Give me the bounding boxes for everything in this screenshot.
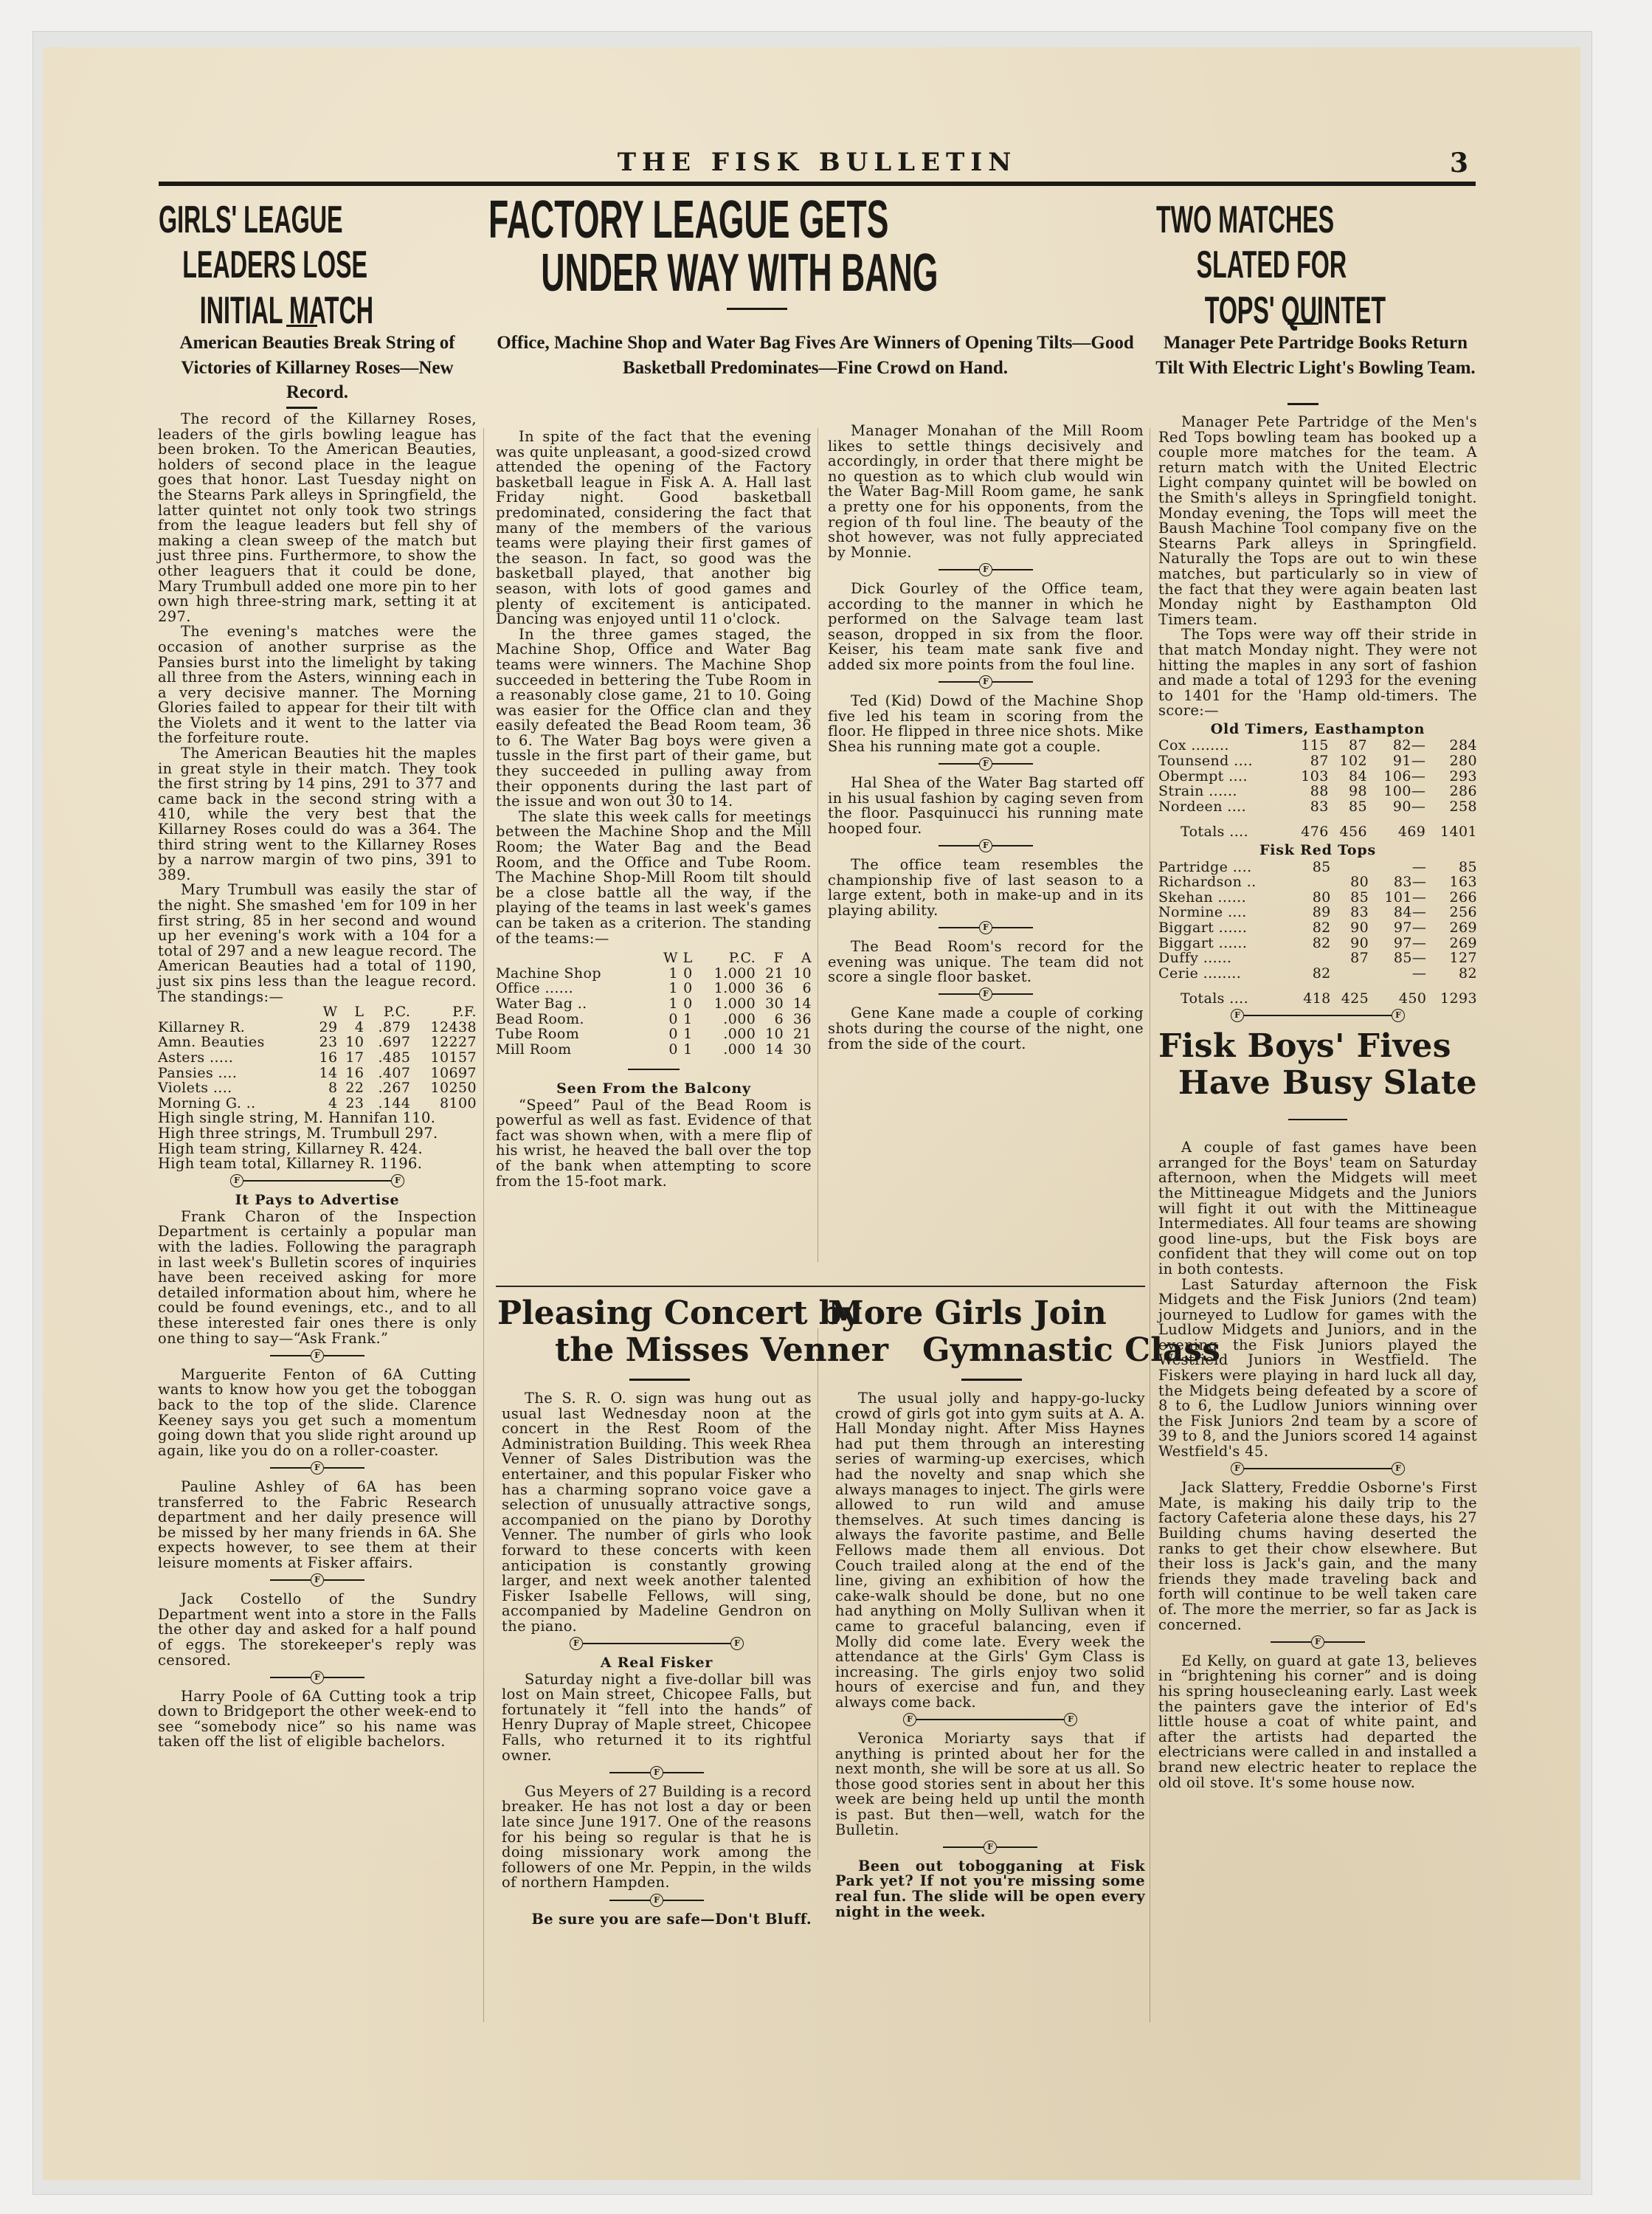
- table-cell: Biggart ......: [1158, 920, 1293, 936]
- table-cell: 0: [656, 1027, 678, 1042]
- table-cell: .407: [364, 1066, 410, 1081]
- separator-line: [270, 1677, 311, 1678]
- table-cell: 88: [1290, 784, 1328, 799]
- page-number: 3: [1450, 148, 1468, 179]
- table-row: Killarney R.294.87912438: [158, 1020, 477, 1035]
- table-row: Morning G. ..423.1448100: [158, 1096, 477, 1111]
- news-item: Pauline Ashley of 6A has been transferre…: [158, 1480, 477, 1571]
- gymnastic-headline: More Girls Join Gymnastic Class: [828, 1297, 1220, 1367]
- table-cell: 29: [311, 1020, 338, 1035]
- girls-league-items: Frank Charon of the Inspection Departmen…: [158, 1210, 477, 1750]
- girls-standings-table: WLP.C.P.F.Killarney R.294.87912438Amn. B…: [158, 1004, 477, 1111]
- headline-dash: [727, 308, 787, 310]
- column-header: P.F.: [410, 1004, 477, 1020]
- article-paragraph: The Tops were way off their stride in th…: [1158, 627, 1477, 719]
- table-cell: 0: [656, 1042, 678, 1058]
- table-row: Biggart ......829097—269: [1158, 920, 1477, 936]
- separator-line: [939, 681, 979, 683]
- table-cell: .879: [364, 1020, 410, 1035]
- headline-dash: [961, 1379, 1022, 1381]
- table-cell: [1331, 860, 1369, 875]
- table-cell: 12438: [410, 1020, 477, 1035]
- f-separator: F: [828, 675, 1144, 690]
- table-cell: 6: [756, 1012, 784, 1027]
- boys-fives-headline: Fisk Boys' Fives Have Busy Slate: [1158, 1028, 1477, 1102]
- table-cell: Pansies ....: [158, 1066, 311, 1081]
- red-tops-score-table: Partridge ....85—85Richardson ..8083—163…: [1158, 860, 1477, 1007]
- table-cell: Office ......: [496, 981, 656, 996]
- table-row: Duffy ......8785—127: [1158, 951, 1477, 966]
- table-cell: 82: [1293, 936, 1330, 951]
- short-rule: [1158, 1112, 1477, 1128]
- separator-line: [992, 993, 1033, 995]
- totals-row: Totals ....4764564691401: [1158, 824, 1477, 840]
- separator-line: [992, 681, 1033, 683]
- f-separator: F: [502, 1892, 812, 1908]
- table-cell: Tounsend ....: [1158, 753, 1290, 769]
- table-cell: 1: [656, 981, 678, 996]
- headline-line: GIRLS' LEAGUE: [159, 198, 373, 243]
- column-header: P.C.: [364, 1004, 410, 1020]
- table-cell: .000: [693, 1027, 756, 1042]
- table-cell: Duffy ......: [1158, 951, 1293, 966]
- table-cell: 82: [1293, 920, 1330, 936]
- table-cell: Partridge ....: [1158, 860, 1293, 875]
- table-cell: 103: [1290, 769, 1328, 784]
- headline-line: Fisk Boys' Fives: [1158, 1028, 1477, 1065]
- table-cell: [1158, 814, 1477, 824]
- table-cell: 10: [338, 1035, 364, 1050]
- f-separator: FF: [1158, 1461, 1477, 1477]
- headline-dash: [286, 325, 317, 327]
- balcony-column: Manager Monahan of the Mill Room likes t…: [828, 424, 1144, 1052]
- table-row: Cerie ........82—82: [1158, 966, 1477, 982]
- totals-row: Totals ....4184254501293: [1158, 991, 1477, 1007]
- article-paragraph: The record of the Killarney Roses, leade…: [158, 412, 477, 624]
- article-paragraph: The usual jolly and happy-go-lucky crowd…: [835, 1391, 1145, 1710]
- table-row: Cox ........1158782—284: [1158, 738, 1477, 753]
- totals-rule: [1158, 814, 1477, 824]
- table-cell: 258: [1425, 799, 1477, 815]
- table-cell: 10: [784, 966, 812, 982]
- table-cell: .144: [364, 1096, 410, 1111]
- table-cell: 4: [338, 1020, 364, 1035]
- table-cell: Mill Room: [496, 1042, 656, 1058]
- section-rule: [496, 1286, 1145, 1287]
- table-cell: 91—: [1367, 753, 1425, 769]
- table-cell: 89: [1293, 905, 1330, 920]
- table-cell: 280: [1425, 753, 1477, 769]
- table-cell: 83—: [1369, 875, 1426, 890]
- table-cell: 293: [1425, 769, 1477, 784]
- article-paragraph: Veronica Moriarty says that if anything …: [835, 1731, 1145, 1838]
- table-cell: 21: [784, 1027, 812, 1042]
- f-separator: F: [158, 1573, 477, 1588]
- table-cell: 8100: [410, 1096, 477, 1111]
- headline-line: TOPS' QUINTET: [1156, 289, 1386, 334]
- masthead-rule: [159, 182, 1476, 186]
- table-cell: 36: [784, 1012, 812, 1027]
- table-row: Obermpt ....10384106—293: [1158, 769, 1477, 784]
- table-cell: 82: [1426, 966, 1477, 982]
- f-separator: FF: [158, 1173, 477, 1189]
- table-cell: Violets ....: [158, 1080, 311, 1096]
- masthead: THE FISK BULLETIN 3: [159, 148, 1476, 184]
- table-cell: 418: [1293, 991, 1330, 1007]
- f-separator: FF: [1158, 1008, 1477, 1024]
- article-paragraph: The American Beauties hit the maples in …: [158, 746, 477, 883]
- article-paragraph: Mary Trumbull was easily the star of the…: [158, 883, 477, 1004]
- news-item: Jack Costello of the Sundry Department w…: [158, 1592, 477, 1668]
- table-cell: 10: [756, 1027, 784, 1042]
- table-cell: 10157: [410, 1050, 477, 1066]
- table-cell: .697: [364, 1035, 410, 1050]
- table-cell: 17: [338, 1050, 364, 1066]
- table-cell: 14: [311, 1066, 338, 1081]
- balcony-item: The Bead Room's record for the evening w…: [828, 939, 1144, 985]
- old-timers-score-table: Cox ........1158782—284Tounsend ....8710…: [1158, 738, 1477, 840]
- column-rule: [1150, 428, 1150, 2022]
- table-cell: 23: [338, 1096, 364, 1111]
- factory-league-deck: Office, Machine Shop and Water Bag Fives…: [487, 331, 1144, 380]
- separator-line: [270, 1579, 311, 1581]
- separator-line: [939, 845, 979, 846]
- table-cell: 80: [1293, 890, 1330, 906]
- table-cell: Water Bag ..: [496, 996, 656, 1012]
- table-cell: Richardson ..: [1158, 875, 1293, 890]
- table-cell: 97—: [1369, 936, 1426, 951]
- table-cell: 85: [1331, 890, 1369, 906]
- table-row: Nordeen ....838590—258: [1158, 799, 1477, 815]
- record-line: High single string, M. Hannifan 110.: [158, 1111, 477, 1126]
- table-cell: 1: [656, 966, 678, 982]
- table-row: Tounsend ....8710291—280: [1158, 753, 1477, 769]
- separator-line: [939, 927, 979, 928]
- deck-dash: [286, 407, 317, 409]
- separator-line: [992, 569, 1033, 570]
- separator-line: [939, 763, 979, 765]
- table-row: Bead Room.01.000636: [496, 1012, 812, 1027]
- table-cell: 284: [1425, 738, 1477, 753]
- table-cell: [1293, 951, 1330, 966]
- girls-league-deck: American Beauties Break String of Victor…: [156, 331, 478, 405]
- separator-line: [939, 993, 979, 995]
- separator-line: [324, 1579, 364, 1581]
- table-row: Office ......101.000366: [496, 981, 812, 996]
- table-cell: 106—: [1367, 769, 1425, 784]
- table-row: Strain ......8898100—286: [1158, 784, 1477, 799]
- f-emblem-icon: F: [979, 563, 992, 576]
- table-cell: 8: [311, 1080, 338, 1096]
- table-cell: 85: [1329, 799, 1367, 815]
- two-matches-headline: TWO MATCHES SLATED FOR TOPS' QUINTET: [1156, 198, 1386, 334]
- table-cell: 1.000: [693, 966, 756, 982]
- f-separator: FF: [502, 1636, 812, 1652]
- table-cell: 1: [678, 1012, 693, 1027]
- table-cell: —: [1369, 860, 1426, 875]
- table-cell: 456: [1329, 824, 1367, 840]
- deck-dash: [1288, 403, 1319, 405]
- f-emblem-icon: F: [311, 1671, 324, 1684]
- table-cell: 22: [338, 1080, 364, 1096]
- table-row: Mill Room01.0001430: [496, 1042, 812, 1058]
- f-separator: F: [1158, 1634, 1477, 1649]
- factory-league-headline: FACTORY LEAGUE GETS UNDER WAY WITH BANG: [488, 193, 938, 300]
- news-item: Harry Poole of 6A Cutting took a trip do…: [158, 1689, 477, 1750]
- f-separator: F: [835, 1839, 1145, 1855]
- factory-league-article: In spite of the fact that the evening wa…: [496, 430, 812, 1189]
- separator-line: [270, 1467, 311, 1469]
- column-header: [496, 951, 656, 966]
- table-row: Amn. Beauties2310.69712227: [158, 1035, 477, 1050]
- separator-line: [324, 1677, 364, 1678]
- table-cell: 97—: [1369, 920, 1426, 936]
- table-cell: 16: [338, 1066, 364, 1081]
- table-cell: 90: [1331, 920, 1369, 936]
- two-matches-article: Manager Pete Partridge of the Men's Red …: [1158, 415, 1477, 1790]
- balcony-item: Ted (Kid) Dowd of the Machine Shop five …: [828, 694, 1144, 754]
- record-line: High team total, Killarney R. 1196.: [158, 1156, 477, 1172]
- headline-line: TWO MATCHES: [1156, 198, 1386, 243]
- f-emblem-icon: F: [311, 1573, 324, 1587]
- table-cell: Normine ....: [1158, 905, 1293, 920]
- table-cell: Bead Room.: [496, 1012, 656, 1027]
- table-cell: 4: [311, 1096, 338, 1111]
- table-cell: 1293: [1426, 991, 1477, 1007]
- table-cell: 425: [1331, 991, 1369, 1007]
- f-emblem-icon: F: [979, 839, 992, 852]
- f-emblem-icon: F: [979, 921, 992, 934]
- balcony-item: Gene Kane made a couple of corking shots…: [828, 1006, 1144, 1052]
- table-cell: 1: [656, 996, 678, 1012]
- headline-line: SLATED FOR: [1156, 243, 1386, 288]
- table-row: Pansies ....1416.40710697: [158, 1066, 477, 1081]
- table-cell: 10250: [410, 1080, 477, 1096]
- table-cell: 266: [1426, 890, 1477, 906]
- f-separator: FF: [835, 1711, 1145, 1727]
- table-cell: 30: [756, 996, 784, 1012]
- balcony-item: “Speed” Paul of the Bead Room is powerfu…: [496, 1098, 812, 1190]
- concert-article: The S. R. O. sign was hung out as usual …: [502, 1391, 812, 1927]
- column-header: A: [784, 951, 812, 966]
- article-paragraph: In the three games staged, the Machine S…: [496, 627, 812, 810]
- table-cell: Obermpt ....: [1158, 769, 1290, 784]
- table-cell: 476: [1290, 824, 1328, 840]
- table-cell: 85: [1293, 860, 1330, 875]
- table-cell: Totals ....: [1158, 824, 1290, 840]
- table-cell: 469: [1367, 824, 1425, 840]
- article-paragraph: The slate this week calls for meetings b…: [496, 810, 812, 946]
- record-line: High team string, Killarney R. 424.: [158, 1142, 477, 1157]
- table-cell: 286: [1425, 784, 1477, 799]
- table-cell: 14: [784, 996, 812, 1012]
- table-cell: 90: [1331, 936, 1369, 951]
- girls-league-article: The record of the Killarney Roses, leade…: [158, 412, 477, 1750]
- table-cell: 85: [1426, 860, 1477, 875]
- f-separator: F: [828, 987, 1144, 1002]
- two-matches-deck: Manager Pete Partridge Books Return Tilt…: [1155, 331, 1476, 380]
- table-cell: 163: [1426, 875, 1477, 890]
- table-cell: 12227: [410, 1035, 477, 1050]
- table-cell: 0: [656, 1012, 678, 1027]
- factory-standings-table: WLP.C.FAMachine Shop101.0002110Office ..…: [496, 951, 812, 1057]
- table-cell: 85—: [1369, 951, 1426, 966]
- table-cell: Nordeen ....: [1158, 799, 1290, 815]
- table-cell: 84: [1329, 769, 1367, 784]
- table-cell: 1: [678, 1042, 693, 1058]
- table-cell: Cox ........: [1158, 738, 1290, 753]
- article-paragraph: Jack Slattery, Freddie Osborne's First M…: [1158, 1480, 1477, 1632]
- f-separator: F: [502, 1765, 812, 1780]
- article-paragraph: The evening's matches were the occasion …: [158, 624, 477, 746]
- table-row: Partridge ....85—85: [1158, 860, 1477, 875]
- balcony-item: Dick Gourley of the Office team, accordi…: [828, 582, 1144, 673]
- old-timers-title: Old Timers, Easthampton: [1158, 722, 1477, 737]
- f-emblem-icon: F: [311, 1349, 324, 1362]
- table-cell: 90—: [1367, 799, 1425, 815]
- table-cell: .485: [364, 1050, 410, 1066]
- table-cell: [1158, 981, 1477, 991]
- table-row: Normine ....898384—256: [1158, 905, 1477, 920]
- table-cell: Tube Room: [496, 1027, 656, 1042]
- table-cell: [1293, 875, 1330, 890]
- news-item: Marguerite Fenton of 6A Cutting wants to…: [158, 1368, 477, 1459]
- table-cell: Cerie ........: [1158, 966, 1293, 982]
- table-cell: 83: [1331, 905, 1369, 920]
- f-separator: F: [158, 1348, 477, 1363]
- table-cell: 0: [678, 981, 693, 996]
- table-cell: 87: [1331, 951, 1369, 966]
- column-header: W: [656, 951, 678, 966]
- table-cell: 83: [1290, 799, 1328, 815]
- f-separator: F: [828, 756, 1144, 771]
- separator-line: [324, 1355, 364, 1356]
- table-cell: Totals ....: [1158, 991, 1293, 1007]
- f-emblem-icon: F: [979, 757, 992, 770]
- toboggan-notice: Been out tobogganing at Fisk Park yet? I…: [835, 1859, 1145, 1920]
- f-emblem-icon: F: [979, 675, 992, 689]
- table-row: Tube Room01.0001021: [496, 1027, 812, 1042]
- table-row: Skehan ......8085101—266: [1158, 890, 1477, 906]
- table-row: Violets ....822.26710250: [158, 1080, 477, 1096]
- girls-league-headline: GIRLS' LEAGUE LEADERS LOSE INITIAL MATCH: [159, 198, 373, 334]
- table-cell: 14: [756, 1042, 784, 1058]
- table-cell: 87: [1329, 738, 1367, 753]
- table-cell: 6: [784, 981, 812, 996]
- article-paragraph: Gus Meyers of 27 Building is a record br…: [502, 1784, 812, 1891]
- balcony-subhead: Seen From the Balcony: [496, 1081, 812, 1097]
- record-line: High three strings, M. Trumbull 297.: [158, 1126, 477, 1142]
- separator-line: [992, 927, 1033, 928]
- table-cell: 1.000: [693, 996, 756, 1012]
- table-cell: 269: [1426, 936, 1477, 951]
- headline-line: UNDER WAY WITH BANG: [488, 246, 938, 300]
- headline-line: LEADERS LOSE: [159, 243, 373, 288]
- table-cell: —: [1369, 966, 1426, 982]
- table-row: Biggart ......829097—269: [1158, 936, 1477, 951]
- column-rule: [818, 428, 818, 1262]
- f-separator: F: [828, 562, 1144, 577]
- table-cell: 450: [1369, 991, 1426, 1007]
- league-records: High single string, M. Hannifan 110.High…: [158, 1111, 477, 1171]
- f-emblem-icon: F: [979, 987, 992, 1001]
- table-cell: 256: [1426, 905, 1477, 920]
- advertise-subhead: It Pays to Advertise: [158, 1193, 477, 1208]
- table-cell: 0: [678, 966, 693, 982]
- real-fisker-subhead: A Real Fisker: [502, 1655, 812, 1671]
- news-item: Frank Charon of the Inspection Departmen…: [158, 1210, 477, 1346]
- table-cell: 30: [784, 1042, 812, 1058]
- table-cell: 127: [1426, 951, 1477, 966]
- separator-line: [324, 1467, 364, 1469]
- table-cell: 101—: [1369, 890, 1426, 906]
- article-paragraph: A couple of fast games have been arrange…: [1158, 1140, 1477, 1277]
- table-cell: 269: [1426, 920, 1477, 936]
- table-row: Water Bag ..101.0003014: [496, 996, 812, 1012]
- table-cell: 100—: [1367, 784, 1425, 799]
- column-rule: [483, 428, 484, 2022]
- article-paragraph: Ed Kelly, on guard at gate 13, believes …: [1158, 1654, 1477, 1790]
- column-header: [158, 1004, 311, 1020]
- column-header: W: [311, 1004, 338, 1020]
- headline-line: More Girls Join: [828, 1297, 1220, 1330]
- article-paragraph: Saturday night a five-dollar bill was lo…: [502, 1672, 812, 1764]
- table-cell: 0: [678, 996, 693, 1012]
- column-header: L: [678, 951, 693, 966]
- table-cell: Machine Shop: [496, 966, 656, 982]
- table-cell: .000: [693, 1042, 756, 1058]
- article-paragraph: The S. R. O. sign was hung out as usual …: [502, 1391, 812, 1635]
- table-cell: 16: [311, 1050, 338, 1066]
- table-row: Asters .....1617.48510157: [158, 1050, 477, 1066]
- table-cell: [1331, 966, 1369, 982]
- article-paragraph: In spite of the fact that the evening wa…: [496, 430, 812, 627]
- column-rule: [818, 1328, 818, 1860]
- table-cell: .267: [364, 1080, 410, 1096]
- balcony-item: Hal Shea of the Water Bag started off in…: [828, 776, 1144, 836]
- table-cell: 23: [311, 1035, 338, 1050]
- f-emblem-icon: F: [311, 1461, 324, 1475]
- separator-line: [992, 845, 1033, 846]
- table-cell: Amn. Beauties: [158, 1035, 311, 1050]
- short-rule: [496, 1061, 812, 1077]
- headline-line: Gymnastic Class: [828, 1334, 1220, 1367]
- table-cell: Asters .....: [158, 1050, 311, 1066]
- f-separator: F: [828, 920, 1144, 935]
- table-cell: 82—: [1367, 738, 1425, 753]
- separator-line: [270, 1355, 311, 1356]
- table-cell: 82: [1293, 966, 1330, 982]
- headline-dash: [1288, 323, 1319, 325]
- column-header: P.C.: [693, 951, 756, 966]
- table-cell: Strain ......: [1158, 784, 1290, 799]
- gymnastic-article: The usual jolly and happy-go-lucky crowd…: [835, 1391, 1145, 1920]
- slogan: Be sure you are safe—Don't Bluff.: [502, 1912, 812, 1928]
- table-cell: 87: [1290, 753, 1328, 769]
- table-cell: Skehan ......: [1158, 890, 1293, 906]
- table-row: Machine Shop101.0002110: [496, 966, 812, 982]
- table-cell: Killarney R.: [158, 1020, 311, 1035]
- table-cell: .000: [693, 1012, 756, 1027]
- publication-title: THE FISK BULLETIN: [159, 148, 1476, 177]
- table-cell: 80: [1331, 875, 1369, 890]
- table-cell: Morning G. ..: [158, 1096, 311, 1111]
- balcony-item: The office team resembles the championsh…: [828, 858, 1144, 918]
- table-cell: 84—: [1369, 905, 1426, 920]
- table-cell: 102: [1329, 753, 1367, 769]
- article-paragraph: Manager Pete Partridge of the Men's Red …: [1158, 415, 1477, 627]
- f-separator: F: [158, 1669, 477, 1685]
